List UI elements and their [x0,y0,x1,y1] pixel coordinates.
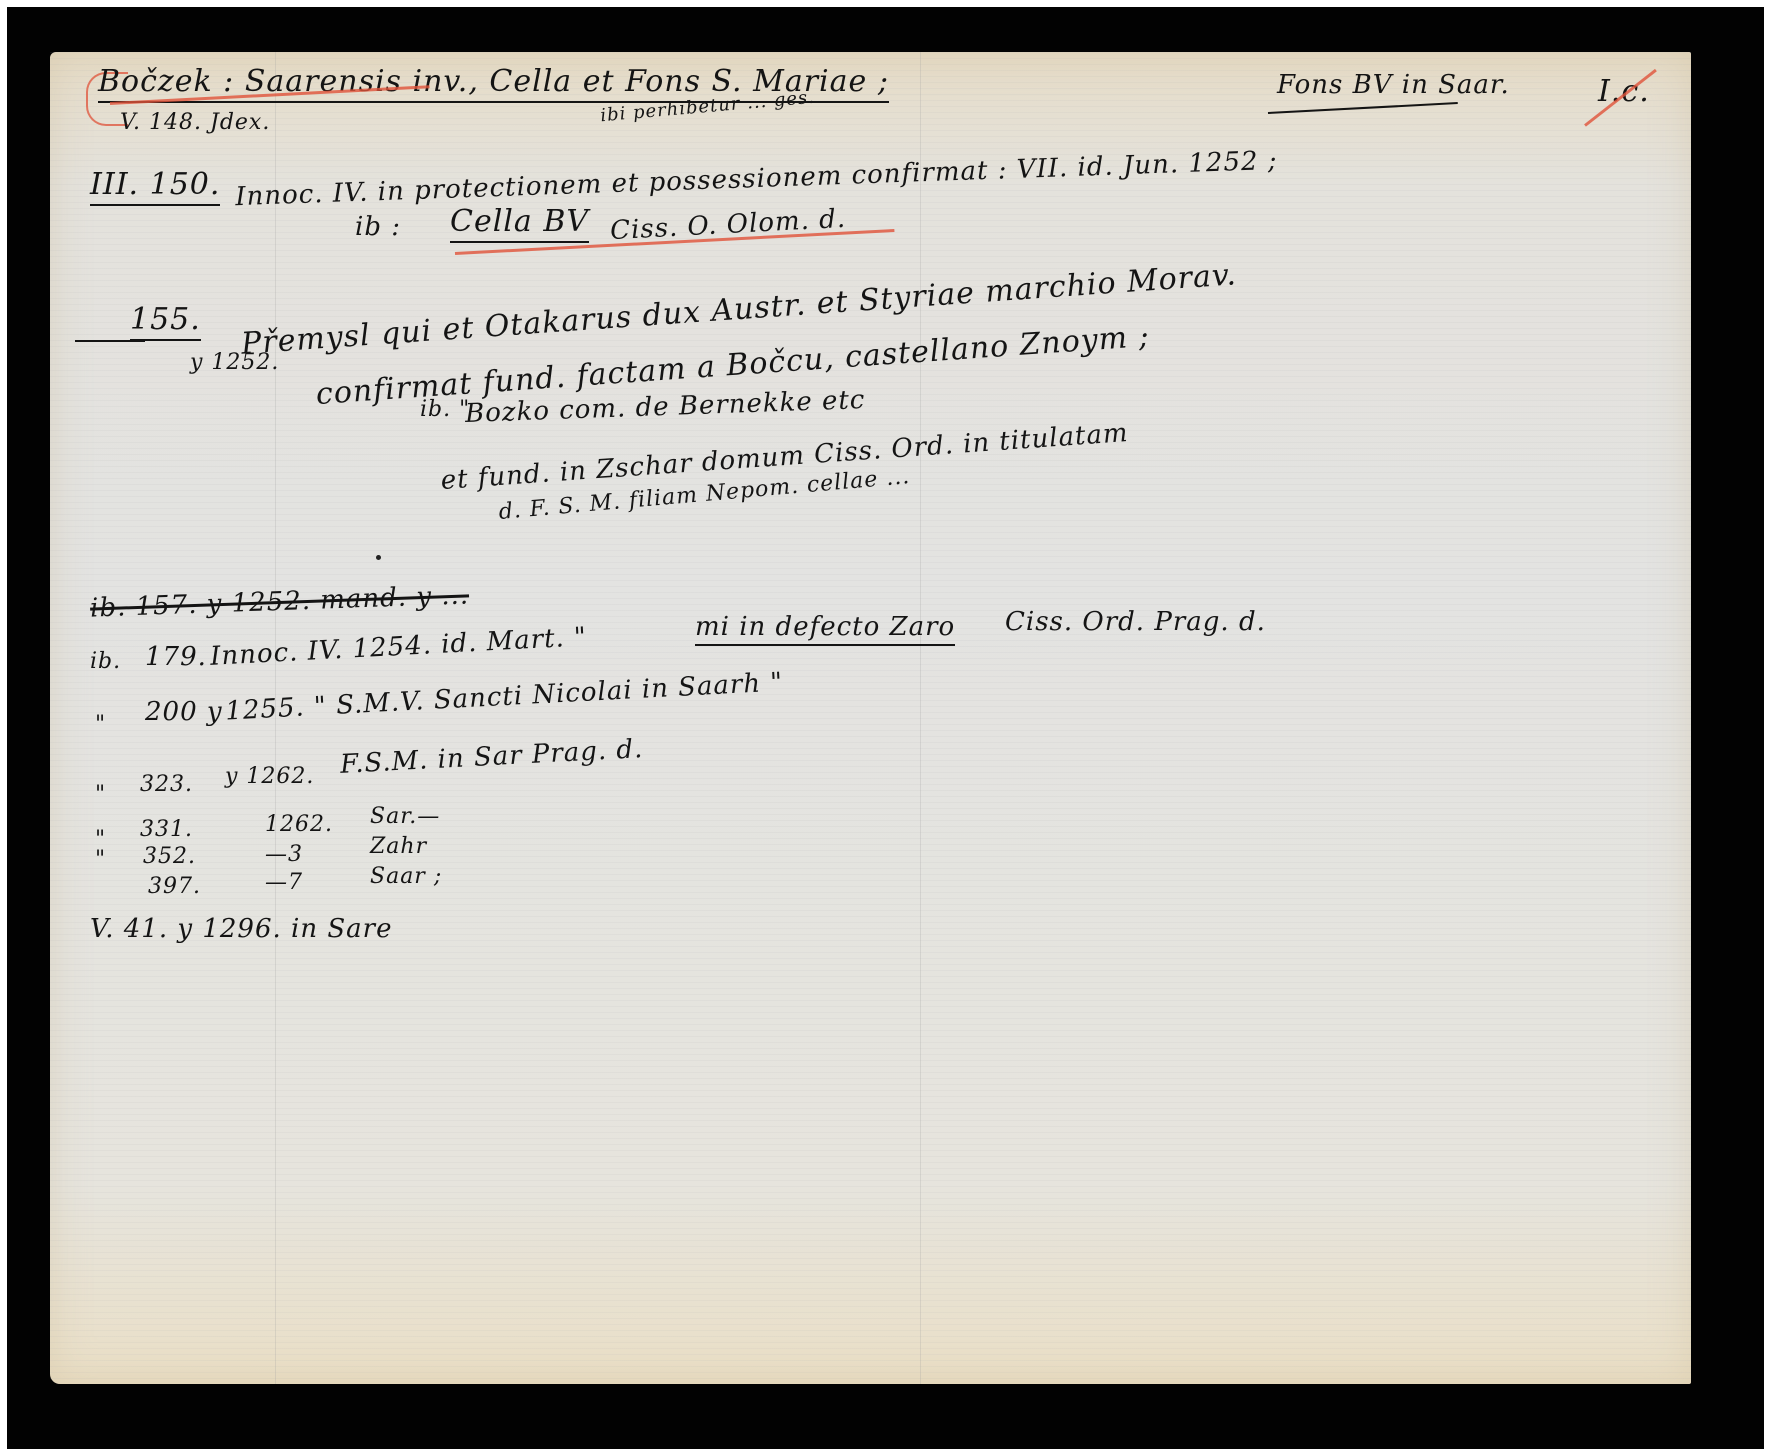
entry-line: Innoc. IV. in protectionem et possession… [235,146,1278,212]
entry-place: Zahr [370,834,427,859]
entry-place: Saar ; [370,864,442,889]
entry-ib: ib. " [420,397,470,422]
entry-ref: 200 y [145,697,223,727]
entry-line: F.S.M. in Sar Prag. d. [339,734,644,780]
header-subtitle: V. 148. Jdex. [120,110,270,135]
entry-ref: 155. [130,302,201,341]
entry-year: —3 [265,842,303,867]
entry-ref: 179. [145,642,207,672]
entry-line: Ciss. Ord. Prag. d. [1005,607,1266,637]
scan-frame: Bočzek : Saarensis inv., Cella et Fons S… [7,7,1764,1449]
entry-underlined: mi in defecto Zaro [695,612,955,646]
entry-place: Sar.— [370,804,440,829]
entry-prefix: " [95,712,106,737]
header-title-right: Fons BV in Saar. [1277,70,1510,100]
index-card: Bočzek : Saarensis inv., Cella et Fons S… [50,52,1691,1384]
entry-underlined: Cella BV [450,204,589,243]
entry-ib: ib : [355,212,401,242]
entry-year: —7 [265,870,303,895]
entry-line: 1255. " S.M.V. Sancti Nicolai in Saarh " [225,667,784,726]
entry-ref: III. 150. [90,167,220,206]
entry-ref: 352. [143,844,196,869]
entry-year: 1262. [265,812,333,837]
entry-prefix: " [95,847,106,872]
fold-line [920,52,921,1384]
struck-line: ib. 157. y 1252. mand. y ... [90,580,470,623]
ink-dot [376,555,381,560]
entry-prefix: ib. [90,649,121,674]
entry-ref: 397. [148,874,201,899]
entry-prefix: " [95,782,106,807]
entry-ref: 323. [140,772,193,797]
final-entry: V. 41. y 1296. in Sare [90,914,392,944]
entry-ref: 331. [140,817,193,842]
entry-line: Innoc. IV. 1254. id. Mart. " [209,622,587,672]
underline [1268,102,1458,114]
entry-year: y 1262. [225,764,314,789]
